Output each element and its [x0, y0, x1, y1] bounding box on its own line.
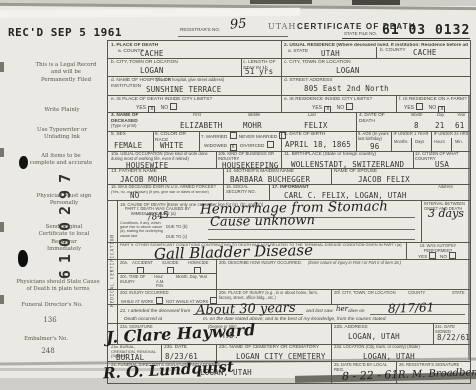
grid-line [406, 242, 407, 259]
length-of-stay-value: 51 yrs [245, 67, 273, 76]
no-label: NO [440, 254, 447, 259]
middle-name-value: MOHR [243, 121, 262, 130]
residence-county-value: CACHE [413, 48, 437, 57]
attended-alive: alive on [348, 309, 365, 315]
street-address-value: 805 East 2nd North [304, 84, 389, 93]
ink-blob [18, 250, 28, 267]
birthplace-label: 11. BIRTHPLACE (State or foreign country… [284, 152, 376, 158]
scanned-death-certificate: REC'D SEP 5 1961 6100297 This is a Legal… [0, 0, 476, 390]
city-label: b. CITY, TOWN OR LOCATION [111, 60, 178, 66]
injury-occurred-label: 20d. INJURY OCCURRED [120, 291, 169, 296]
binder-mark [0, 62, 4, 72]
handwritten-code: 7845 [145, 210, 169, 223]
residence-farm-label: f. IS RESIDENCE ON A FARM? [399, 97, 469, 103]
county-value: CACHE [140, 49, 164, 58]
grid-line [281, 41, 282, 112]
checkbox-divorced [267, 141, 274, 148]
checkbox-no [346, 103, 353, 110]
certificate-title-state: UTAH [268, 22, 296, 31]
grid-line [241, 58, 242, 76]
checkbox-suicide [167, 267, 174, 274]
certificate-form: MEDICAL CERTIFICATION 1. PLACE OF DEATH … [107, 40, 471, 384]
city-value: LOGAN [140, 66, 164, 75]
days-label: Days [415, 140, 424, 145]
death-occurred-pre: Death occurred at [124, 317, 162, 323]
death-year-value: 61 [455, 121, 464, 130]
first-name-value: ELIZABETH [180, 121, 222, 130]
binder-mark [0, 295, 4, 304]
hospital-value: SUNSHINE TERRACE [146, 85, 221, 94]
grid-line [269, 184, 270, 200]
writing-line [193, 314, 303, 315]
married-label: 7. MARRIED [201, 134, 227, 139]
never-married-label: NEVER MARRIED [239, 134, 277, 139]
grid-line [108, 323, 470, 324]
checkbox-while-at-work [156, 297, 163, 304]
grid-line [331, 289, 332, 304]
funeral-director-no: 136 [30, 316, 70, 325]
margin-note-use-typewriter: Use Typewriter or Unfading Ink [30, 127, 94, 142]
ink-blob [19, 156, 28, 169]
date-received-value: 8 - 22 - 61 [342, 368, 399, 383]
spouse-name-value: JACOB FELIX [358, 175, 410, 184]
no-label: NO [429, 105, 437, 111]
last-name-label: Last [308, 113, 316, 118]
received-stamp: REC'D SEP 5 1961 [8, 26, 122, 39]
no-label: NO [161, 105, 169, 111]
margin-note-send-original: Send original Certificate to local Regis… [36, 224, 92, 253]
checkbox-yes [429, 252, 436, 259]
ssn-label: 16. SOCIAL SECURITY NO. [226, 185, 268, 195]
father-name-value: JACOB MOHR [120, 175, 167, 184]
min-label: Min. [455, 140, 463, 145]
grid-line [451, 138, 452, 151]
describe-injury-note: (Enter nature of injury in Part I or Par… [308, 261, 401, 266]
grid-line [331, 323, 332, 383]
yes-label: YES [404, 105, 414, 111]
if-under-1-year-label: IF UNDER 1 YEAR [392, 132, 430, 137]
color-race-value: WHITE [160, 141, 184, 150]
marital-status-line2: WIDOWED X DIVORCED [204, 141, 275, 151]
yes-label: YES [312, 105, 322, 111]
binder-mark [0, 148, 4, 157]
residence-city-limits-answer: YES X NO [312, 103, 354, 113]
grid-line [413, 151, 414, 168]
name-of-deceased-note: (Type or print) [111, 124, 136, 129]
due-to-b-value: Cause unknown [210, 213, 315, 230]
pm-label: P.M. [156, 284, 164, 289]
while-at-work-label: WHILE AT WORK [121, 299, 154, 304]
grid-line [117, 200, 118, 344]
grid-line [433, 323, 434, 344]
grid-line [421, 200, 422, 242]
spouse-name-label: NAME OF SPOUSE [334, 169, 377, 175]
marital-status-line1: 7. MARRIED NEVER MARRIED [201, 132, 287, 139]
interval-value: 3 days [428, 207, 464, 220]
state-file-no-label: STATE FILE NO. [344, 31, 377, 36]
cemetery-label: 23c. NAME OF CEMETERY OR CREMATORY [219, 345, 319, 351]
injury-state-label: STATE [452, 291, 465, 296]
checkbox-no [170, 103, 177, 110]
date-signed-value: 8/22/61 [437, 333, 470, 342]
burial-value: BURIAL [116, 353, 144, 362]
street-address-label: d. STREET ADDRESS [284, 78, 332, 84]
usual-residence-label: 2. USUAL RESIDENCE (Where deceased lived… [284, 43, 468, 49]
cemetery-location-label: 23d. LOCATION (City, town, or county) (S… [334, 345, 468, 350]
sex-value: FEMALE [114, 141, 142, 150]
autopsy-answer: YES NO [418, 252, 457, 259]
citizen-value: USA [435, 160, 449, 169]
year-label: Year [457, 113, 465, 118]
injury-county-label: COUNTY [408, 291, 425, 296]
mother-name-value: BARBARA BUCHEGGER [230, 175, 310, 184]
death-day-value: 21 [435, 121, 444, 130]
time-of-injury-label: 20c. TIME OF INJURY [120, 275, 150, 284]
divorced-label: DIVORCED [240, 143, 264, 148]
grid-line [376, 47, 377, 58]
medical-certification-strip: MEDICAL CERTIFICATION [111, 203, 116, 339]
last-name-value: FELIX [304, 121, 328, 130]
months-label: Months [394, 140, 407, 145]
middle-name-label: Middle [248, 113, 260, 118]
residence-county-label: b. COUNTY [380, 48, 406, 54]
hours-label: Hours [434, 140, 445, 145]
conditions-note: Conditions, if any, which gave rise to a… [120, 221, 164, 238]
cemetery-value: LOGAN CITY CEMETERY [236, 352, 326, 361]
attended-her: her [336, 305, 348, 313]
attended-mid: and last saw [306, 309, 333, 315]
yes-label: YES [418, 254, 427, 259]
birthplace-value: WOLLENSTADT, SWITZERLAND [291, 160, 404, 169]
first-name-label: First [193, 113, 201, 118]
grid-line [223, 168, 224, 200]
place-of-injury-label: 20e. PLACE OF INJURY (e.g., in or about … [219, 291, 327, 300]
binder-mark [0, 222, 4, 232]
grid-line [216, 151, 217, 168]
registrar-signature-value: R. M. Broadbent-W.W. [398, 366, 476, 381]
physician-address-value: LOGAN, UTAH [348, 332, 400, 341]
death-city-limits-label: e. IS PLACE OF DEATH INSIDE CITY LIMITS? [111, 97, 212, 103]
accident-label: ACCIDENT [132, 261, 153, 266]
suicide-label: SUICIDE [162, 261, 179, 266]
due-to-c-label: DUE TO (c) [166, 235, 187, 240]
age-value: 96 [370, 142, 379, 151]
funeral-director-address: LOGAN, UTAH [200, 368, 252, 377]
embalmer-no: 248 [28, 347, 68, 356]
death-month-value: 8 [414, 121, 419, 130]
mother-name-label: 14. MOTHER'S MAIDEN NAME [226, 169, 294, 175]
grid-line [108, 58, 470, 59]
checkbox-no [449, 252, 456, 259]
grid-line [161, 344, 162, 361]
sex-label: 5. SEX [111, 132, 126, 138]
writing-line [370, 314, 465, 315]
registrar-no-label: REGISTRAR'S NO. [180, 27, 220, 32]
due-to-b-label: DUE TO (b) [166, 225, 187, 230]
checkbox-married [230, 132, 237, 139]
yes-label: YES [136, 105, 146, 111]
injury-city-label: 20f. CITY, TOWN, OR LOCATION [334, 291, 396, 296]
margin-note-plain-terms: Physicians should State Cause of Death i… [16, 279, 100, 294]
vertical-document-number: 6100297 [56, 150, 74, 296]
residence-city-label: c. CITY, TOWN OR LOCATION [284, 60, 351, 66]
if-under-24-hrs-label: IF UNDER 24 HRS [432, 132, 470, 137]
f20a-label: 20a. [120, 261, 128, 266]
month-day-year-label: Month, Day, Year [176, 275, 212, 280]
armed-forces-value: NO [130, 191, 139, 200]
degree-label: (Degree or title) [208, 325, 236, 330]
father-name-label: 13. FATHER'S NAME [111, 169, 157, 175]
physician-address-label: 22b. ADDRESS [334, 325, 368, 331]
grid-line [331, 168, 332, 184]
margin-note-all-items: All items to be complete and accurate [28, 153, 94, 168]
checkbox-homicide [194, 267, 201, 274]
checkbox-yes: X [148, 106, 155, 113]
funeral-director-no-label: Funeral Director's No. [16, 302, 88, 309]
grid-line [199, 131, 200, 151]
margin-note-write-plainly: Write Plainly [30, 107, 94, 114]
informant-address-label: Address [438, 185, 453, 190]
state-value: UTAH [321, 49, 340, 58]
no-label: NO [337, 105, 345, 111]
death-city-limits-answer: YES X NO [136, 103, 178, 113]
hospital-note: (If not in hospital, give street address… [156, 78, 276, 83]
date-of-birth-label: 8. DATE OF BIRTH [284, 132, 325, 138]
state-file-no-value: 61 03 0132 [382, 23, 470, 38]
registrar-no-line [178, 36, 288, 37]
grid-line [108, 95, 470, 96]
residence-city-limits-label: e. IS RESIDENCE INSIDE CITY LIMITS? [284, 97, 372, 103]
burial-date-label: 23b. DATE [164, 345, 187, 351]
informant-label: 17. INFORMANT [272, 185, 309, 191]
checkbox-widowed: X [230, 144, 237, 151]
margin-note-physician-sign: Physician Must sign Personally [36, 193, 92, 208]
scan-artifact [352, 0, 400, 5]
cemetery-location-value: LOGAN, UTAH [363, 352, 415, 361]
grid-line [396, 95, 397, 112]
grid-line [411, 138, 412, 151]
attended-from-value: About 30 years [196, 301, 296, 319]
checkbox-yes: X [324, 106, 331, 113]
checkbox-yes [416, 103, 423, 110]
age-label: 9. AGE (In years last birthday) [358, 132, 390, 142]
month-label: Month [411, 113, 422, 118]
attended-pre: 21. I attended the deceased from [120, 309, 190, 315]
day-label: Day [437, 113, 444, 118]
registrar-no-value: 95 [229, 16, 247, 32]
physician-degree: M.D. [220, 331, 239, 340]
date-of-death-label: 4. DATE OF DEATH [359, 113, 389, 124]
embalmer-no-label: Embalmer's No. [12, 336, 80, 343]
place-of-death-label: 1. PLACE OF DEATH [111, 43, 158, 49]
describe-injury-label: 20b. DESCRIBE HOW INJURY OCCURRED. [219, 261, 302, 266]
writing-line [208, 239, 415, 240]
state-file-line [342, 38, 470, 39]
homicide-label: HOMICIDE [188, 261, 208, 266]
checkbox-accident [137, 267, 144, 274]
grid-line [153, 131, 154, 151]
armed-forces-note: (Yes, no, or unknown) (If yes, give war … [111, 190, 221, 194]
residence-city-value: LOGAN [336, 66, 360, 75]
grid-line [356, 112, 357, 151]
while-at-work: WHILE AT WORK [121, 297, 164, 305]
state-label: a. STATE [288, 49, 308, 55]
scan-artifact [250, 0, 312, 4]
date-of-birth-value: APRIL 18, 1865 [285, 140, 351, 149]
widowed-label: WIDOWED [204, 143, 227, 148]
margin-note-legal-record: This is a Legal Record and will be Perma… [34, 62, 98, 84]
